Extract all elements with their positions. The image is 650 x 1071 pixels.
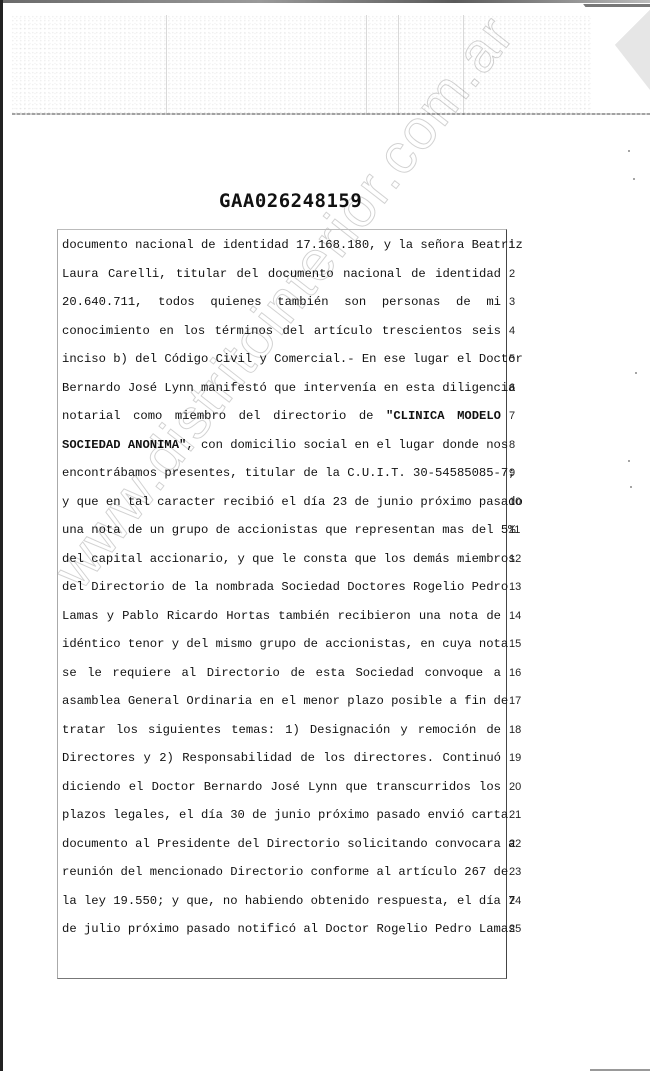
scan-top-edge [0,0,650,3]
company-name: SOCIEDAD ANONIMA" [62,438,186,452]
company-name: "CLINICA MODELO [386,409,501,423]
line-number: 18 [509,724,521,736]
scan-speck [630,486,632,488]
scan-speck [628,460,630,462]
line-number: 3 [509,296,515,308]
document-line: tratar los siguientes temas: 1) Designac… [62,723,501,737]
line-number: 1 [509,239,515,251]
line-number: 16 [509,667,521,679]
line-number: 12 [509,553,521,565]
scan-speck [633,178,635,180]
document-line: una nota de un grupo de accionistas que … [62,523,501,537]
line-number: 23 [509,866,521,878]
line-number: 11 [509,524,520,536]
document-line: de julio próximo pasado notificó al Doct… [62,922,501,936]
line-number: 25 [509,923,521,935]
line-number: 17 [509,695,521,707]
document-line: idéntico tenor y del mismo grupo de acci… [62,637,501,651]
line-number: 5 [509,353,515,365]
line-number: 15 [509,638,521,650]
line-number: 6 [509,382,515,394]
line-number: 24 [509,895,521,907]
scan-speck [628,150,630,152]
line-number: 4 [509,325,515,337]
scan-left-edge [0,0,3,1071]
line-number: 19 [509,752,521,764]
document-line: asamblea General Ordinaria en el menor p… [62,694,501,708]
document-line: Laura Carelli, titular del documento nac… [62,267,501,281]
line-number: 7 [509,410,515,422]
pattern-divider [166,15,167,115]
pattern-divider [366,15,367,115]
line-number: 14 [509,610,521,622]
document-line: del Directorio de la nombrada Sociedad D… [62,580,501,594]
line-number: 10 [509,496,521,508]
document-line: inciso b) del Código Civil y Comercial.-… [62,352,501,366]
document-line: se le requiere al Directorio de esta Soc… [62,666,501,680]
document-line: Directores y 2) Responsabilidad de los d… [62,751,501,765]
document-line: la ley 19.550; y que, no habiendo obteni… [62,894,501,908]
document-line: Lamas y Pablo Ricardo Hortas también rec… [62,609,501,623]
document-line: diciendo el Doctor Bernardo José Lynn qu… [62,780,501,794]
document-line: reunión del mencionado Directorio confor… [62,865,501,879]
document-line: conocimiento en los términos del artícul… [62,324,501,338]
line-number: 8 [509,439,515,451]
line-number: 21 [509,809,521,821]
document-line: del capital accionario, y que le consta … [62,552,501,566]
scan-speck [635,372,637,374]
line-number: 9 [509,467,515,479]
line-number: 2 [509,268,515,280]
document-line: Bernardo José Lynn manifestó que interve… [62,381,501,395]
document-line: y que en tal caracter recibió el día 23 … [62,495,501,509]
document-line: SOCIEDAD ANONIMA", con domicilio social … [62,438,501,452]
document-line: documento nacional de identidad 17.168.1… [62,238,501,252]
line-number: 13 [509,581,521,593]
document-line: 20.640.711, todos quienes también son pe… [62,295,501,309]
document-line: encontrábamos presentes, titular de la C… [62,466,501,480]
document-line: plazos legales, el día 30 de junio próxi… [62,808,501,822]
line-number: 20 [509,781,521,793]
line-number: 22 [509,838,521,850]
document-line: documento al Presidente del Directorio s… [62,837,501,851]
document-line: notarial como miembro del directorio de … [62,409,501,423]
